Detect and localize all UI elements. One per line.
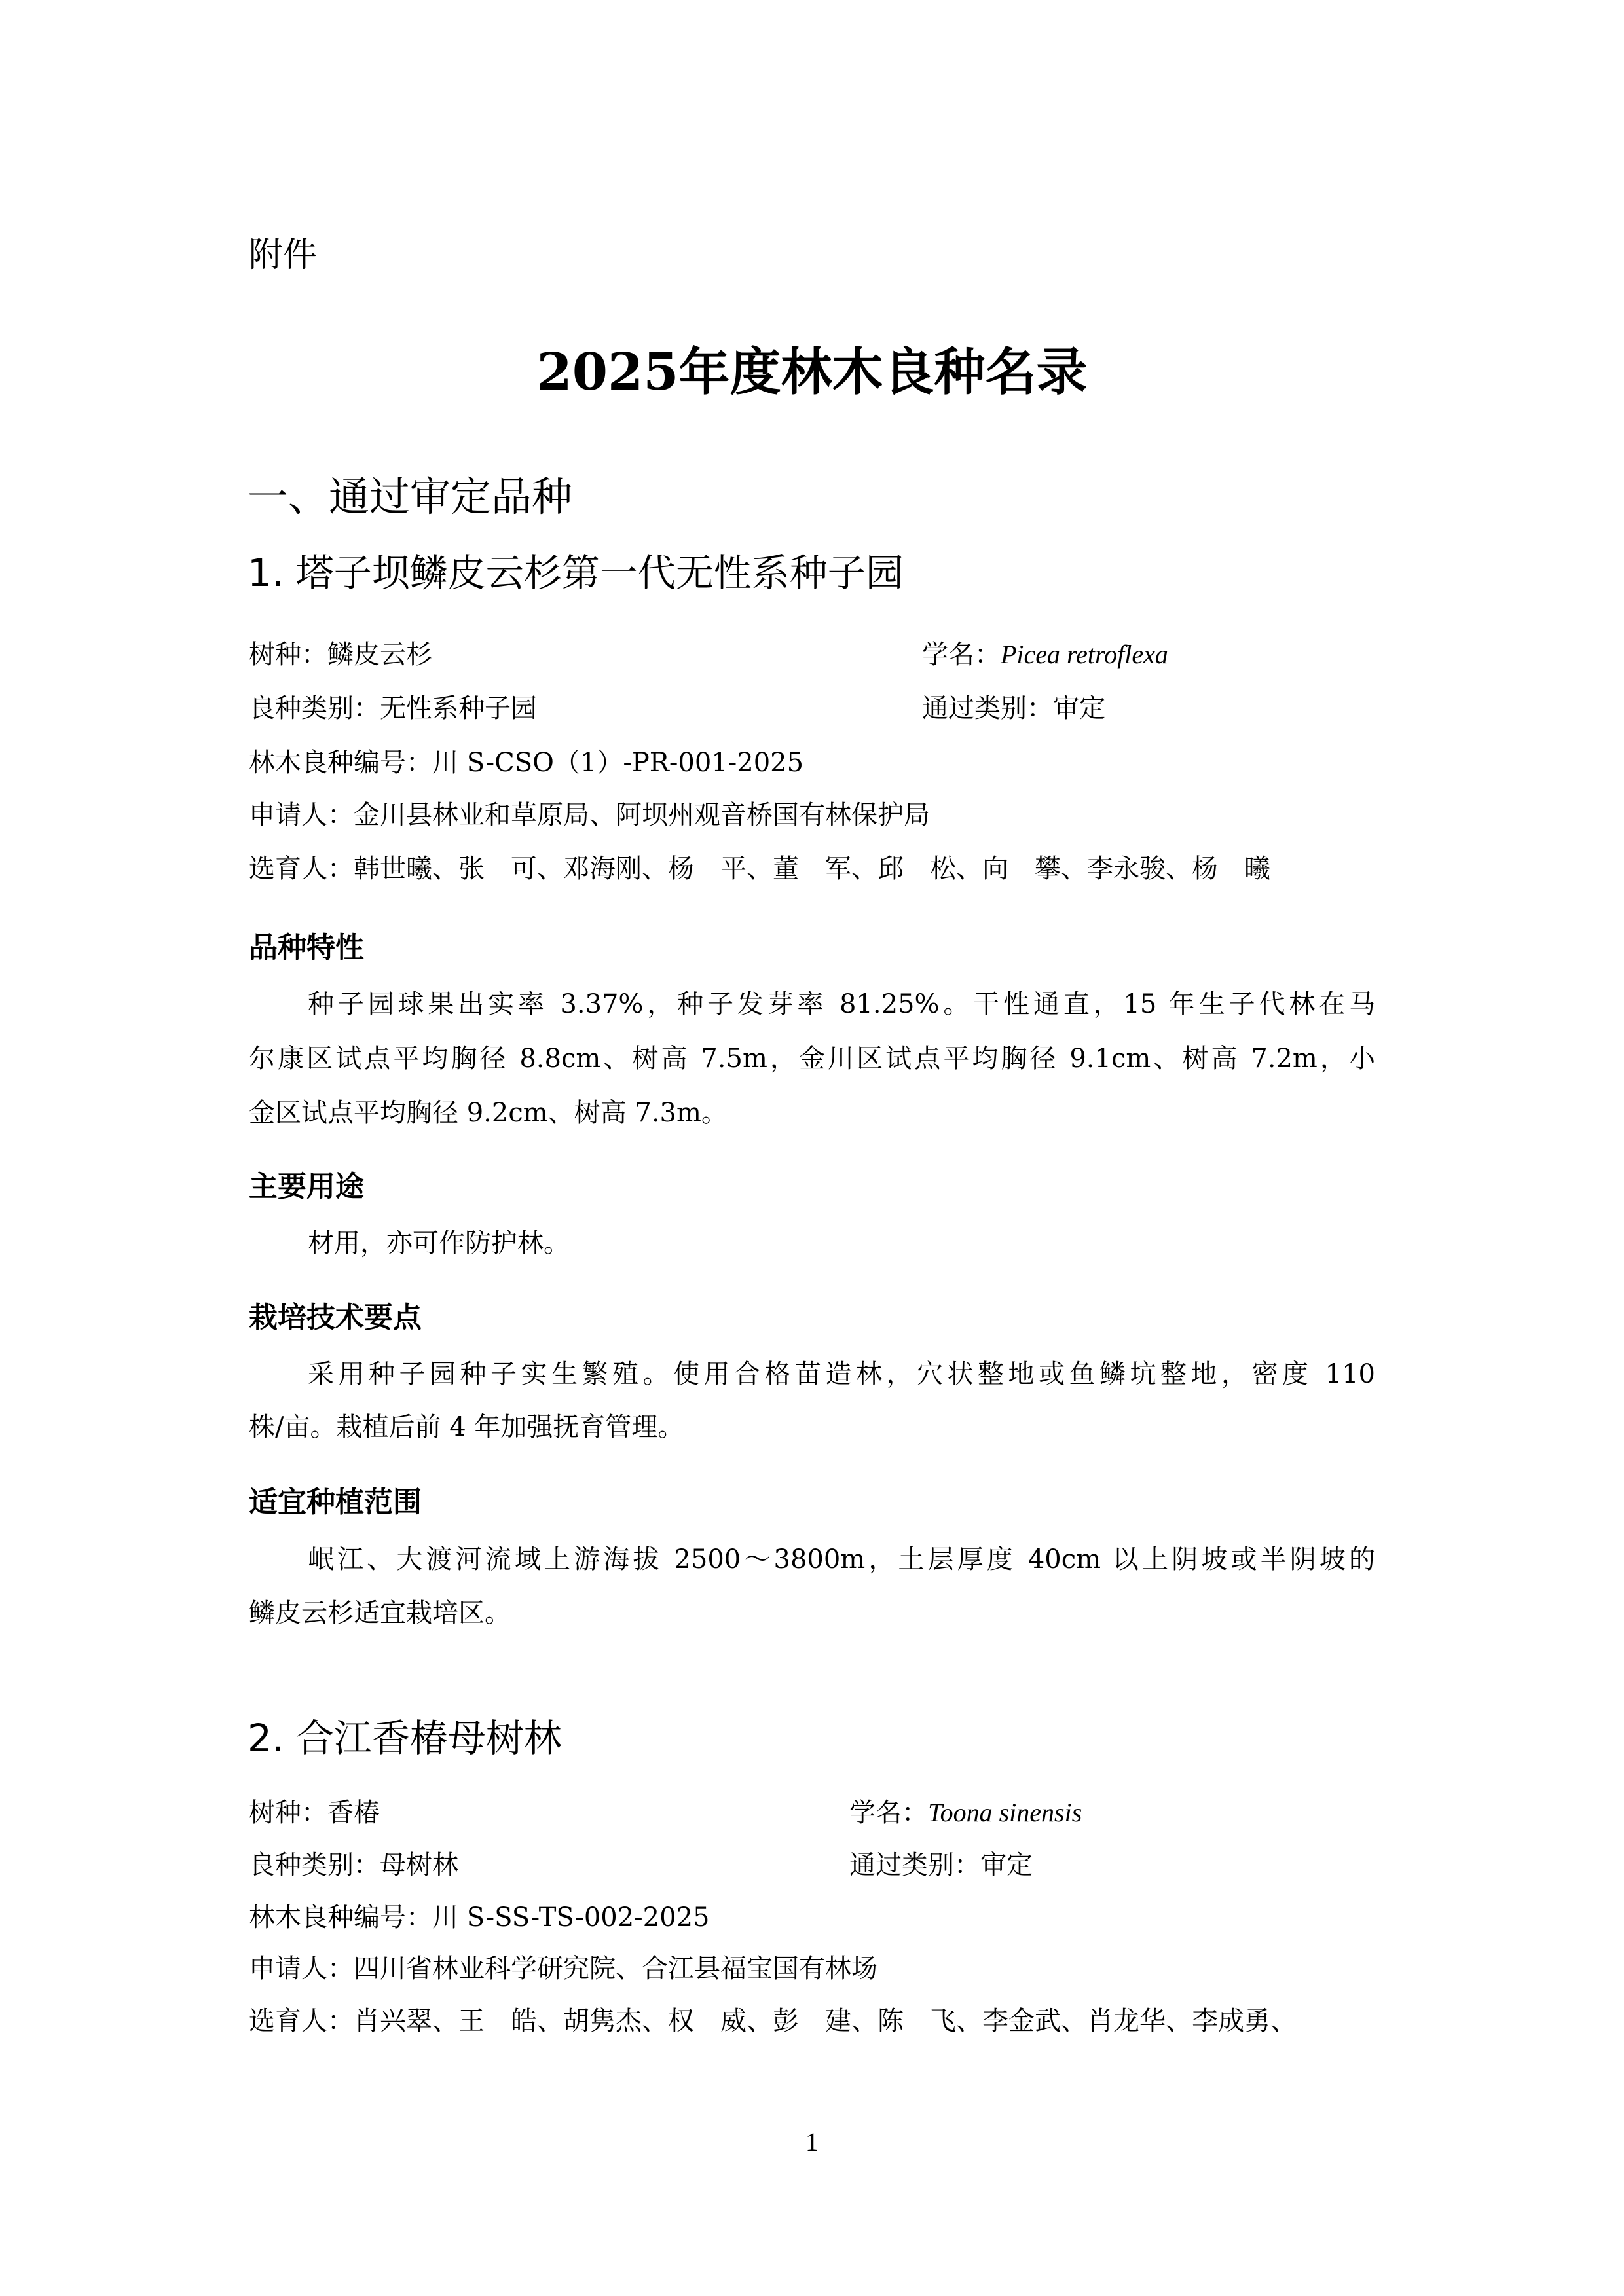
code-label: 林木良种编号： [249, 748, 432, 778]
characteristics-line: 金区试点平均胸径 9.2cm、树高 7.3m。 [249, 1100, 1375, 1126]
document-title: 2025年度林木良种名录 [0, 347, 1624, 398]
applicant-value: 金川县林业和草原局、阿坝州观音桥国有林保护局 [354, 800, 930, 830]
characteristics-line: 尔康区试点平均胸径 8.8cm、树高 7.5m，金川区试点平均胸径 9.1cm、… [249, 1046, 1375, 1072]
document-page: 附件 2025年度林木良种名录 一、通过审定品种 1. 塔子坝鳞皮云杉第一代无性… [0, 0, 1624, 2296]
entry-1-breeders: 选育人：韩世曦、张 可、邓海刚、杨 平、董 军、邱 松、向 攀、李永骏、杨 曦 [249, 856, 1270, 882]
category-value: 无性系种子园 [380, 693, 537, 723]
uses-heading: 主要用途 [249, 1173, 364, 1201]
entry-2-breeders: 选育人：肖兴翠、王 皓、胡隽杰、权 威、彭 建、陈 飞、李金武、肖龙华、李成勇、 [249, 2008, 1297, 2034]
scientific-name-label: 学名： [849, 1798, 928, 1828]
range-heading: 适宜种植范围 [249, 1488, 422, 1517]
entry-1-applicant: 申请人：金川县林业和草原局、阿坝州观音桥国有林保护局 [249, 802, 930, 828]
code-value: 川 S-SS-TS-002-2025 [432, 1903, 709, 1933]
entry-2-heading: 2. 合江香椿母树林 [248, 1719, 562, 1757]
entry-1-scientific-name: 学名：Picea retroflexa [922, 642, 1168, 668]
breeders-value: 肖兴翠、王 皓、胡隽杰、权 威、彭 建、陈 飞、李金武、肖龙华、李成勇、 [354, 2006, 1297, 2036]
entry-1-approval-type: 通过类别：审定 [922, 695, 1105, 721]
entry-1-heading: 1. 塔子坝鳞皮云杉第一代无性系种子园 [248, 554, 904, 592]
code-label: 林木良种编号： [249, 1903, 432, 1933]
tree-species-label: 树种： [249, 640, 327, 670]
scientific-name-value: Picea retroflexa [1001, 640, 1168, 669]
scientific-name-value: Toona sinensis [928, 1798, 1082, 1827]
entry-2-scientific-name: 学名：Toona sinensis [849, 1800, 1082, 1826]
entry-1-code: 林木良种编号：川 S-CSO（1）-PR-001-2025 [249, 750, 803, 776]
scientific-name-label: 学名： [922, 640, 1001, 670]
breeders-value: 韩世曦、张 可、邓海刚、杨 平、董 军、邱 松、向 攀、李永骏、杨 曦 [354, 854, 1270, 884]
entry-2-approval-type: 通过类别：审定 [849, 1852, 1033, 1878]
range-line: 岷江、大渡河流域上游海拔 2500～3800m，土层厚度 40cm 以上阴坡或半… [249, 1546, 1375, 1573]
cultivation-heading: 栽培技术要点 [249, 1303, 422, 1332]
approval-type-value: 审定 [980, 1850, 1033, 1880]
page-number: 1 [0, 2129, 1624, 2155]
category-label: 良种类别： [249, 693, 380, 723]
entry-2-category: 良种类别：母树林 [249, 1852, 458, 1878]
code-value: 川 S-CSO（1）-PR-001-2025 [432, 748, 803, 778]
entry-2-code: 林木良种编号：川 S-SS-TS-002-2025 [249, 1904, 709, 1931]
entry-1-tree-species: 树种：鳞皮云杉 [249, 642, 432, 668]
approval-type-label: 通过类别： [849, 1850, 980, 1880]
characteristics-line: 种子园球果出实率 3.37%，种子发芽率 81.25%。干性通直，15 年生子代… [249, 991, 1375, 1017]
applicant-value: 四川省林业科学研究院、合江县福宝国有林场 [354, 1954, 877, 1984]
cultivation-line: 采用种子园种子实生繁殖。使用合格苗造林，穴状整地或鱼鳞坑整地，密度 110 [249, 1361, 1375, 1387]
entry-1-category: 良种类别：无性系种子园 [249, 695, 537, 721]
section-heading: 一、通过审定品种 [248, 477, 572, 517]
cultivation-line: 株/亩。栽植后前 4 年加强抚育管理。 [249, 1414, 1375, 1440]
approval-type-value: 审定 [1053, 693, 1105, 723]
attachment-label: 附件 [249, 238, 317, 272]
range-line: 鳞皮云杉适宜栽培区。 [249, 1600, 1375, 1626]
category-label: 良种类别： [249, 1850, 380, 1880]
tree-species-value: 香椿 [327, 1798, 380, 1828]
category-value: 母树林 [380, 1850, 458, 1880]
tree-species-value: 鳞皮云杉 [327, 640, 432, 670]
applicant-label: 申请人： [249, 1954, 354, 1984]
approval-type-label: 通过类别： [922, 693, 1053, 723]
entry-2-applicant: 申请人：四川省林业科学研究院、合江县福宝国有林场 [249, 1956, 877, 1982]
applicant-label: 申请人： [249, 800, 354, 830]
uses-line: 材用，亦可作防护林。 [249, 1230, 1375, 1256]
characteristics-heading: 品种特性 [249, 934, 364, 962]
entry-2-tree-species: 树种：香椿 [249, 1800, 380, 1826]
tree-species-label: 树种： [249, 1798, 327, 1828]
breeders-label: 选育人： [249, 2006, 354, 2036]
breeders-label: 选育人： [249, 854, 354, 884]
